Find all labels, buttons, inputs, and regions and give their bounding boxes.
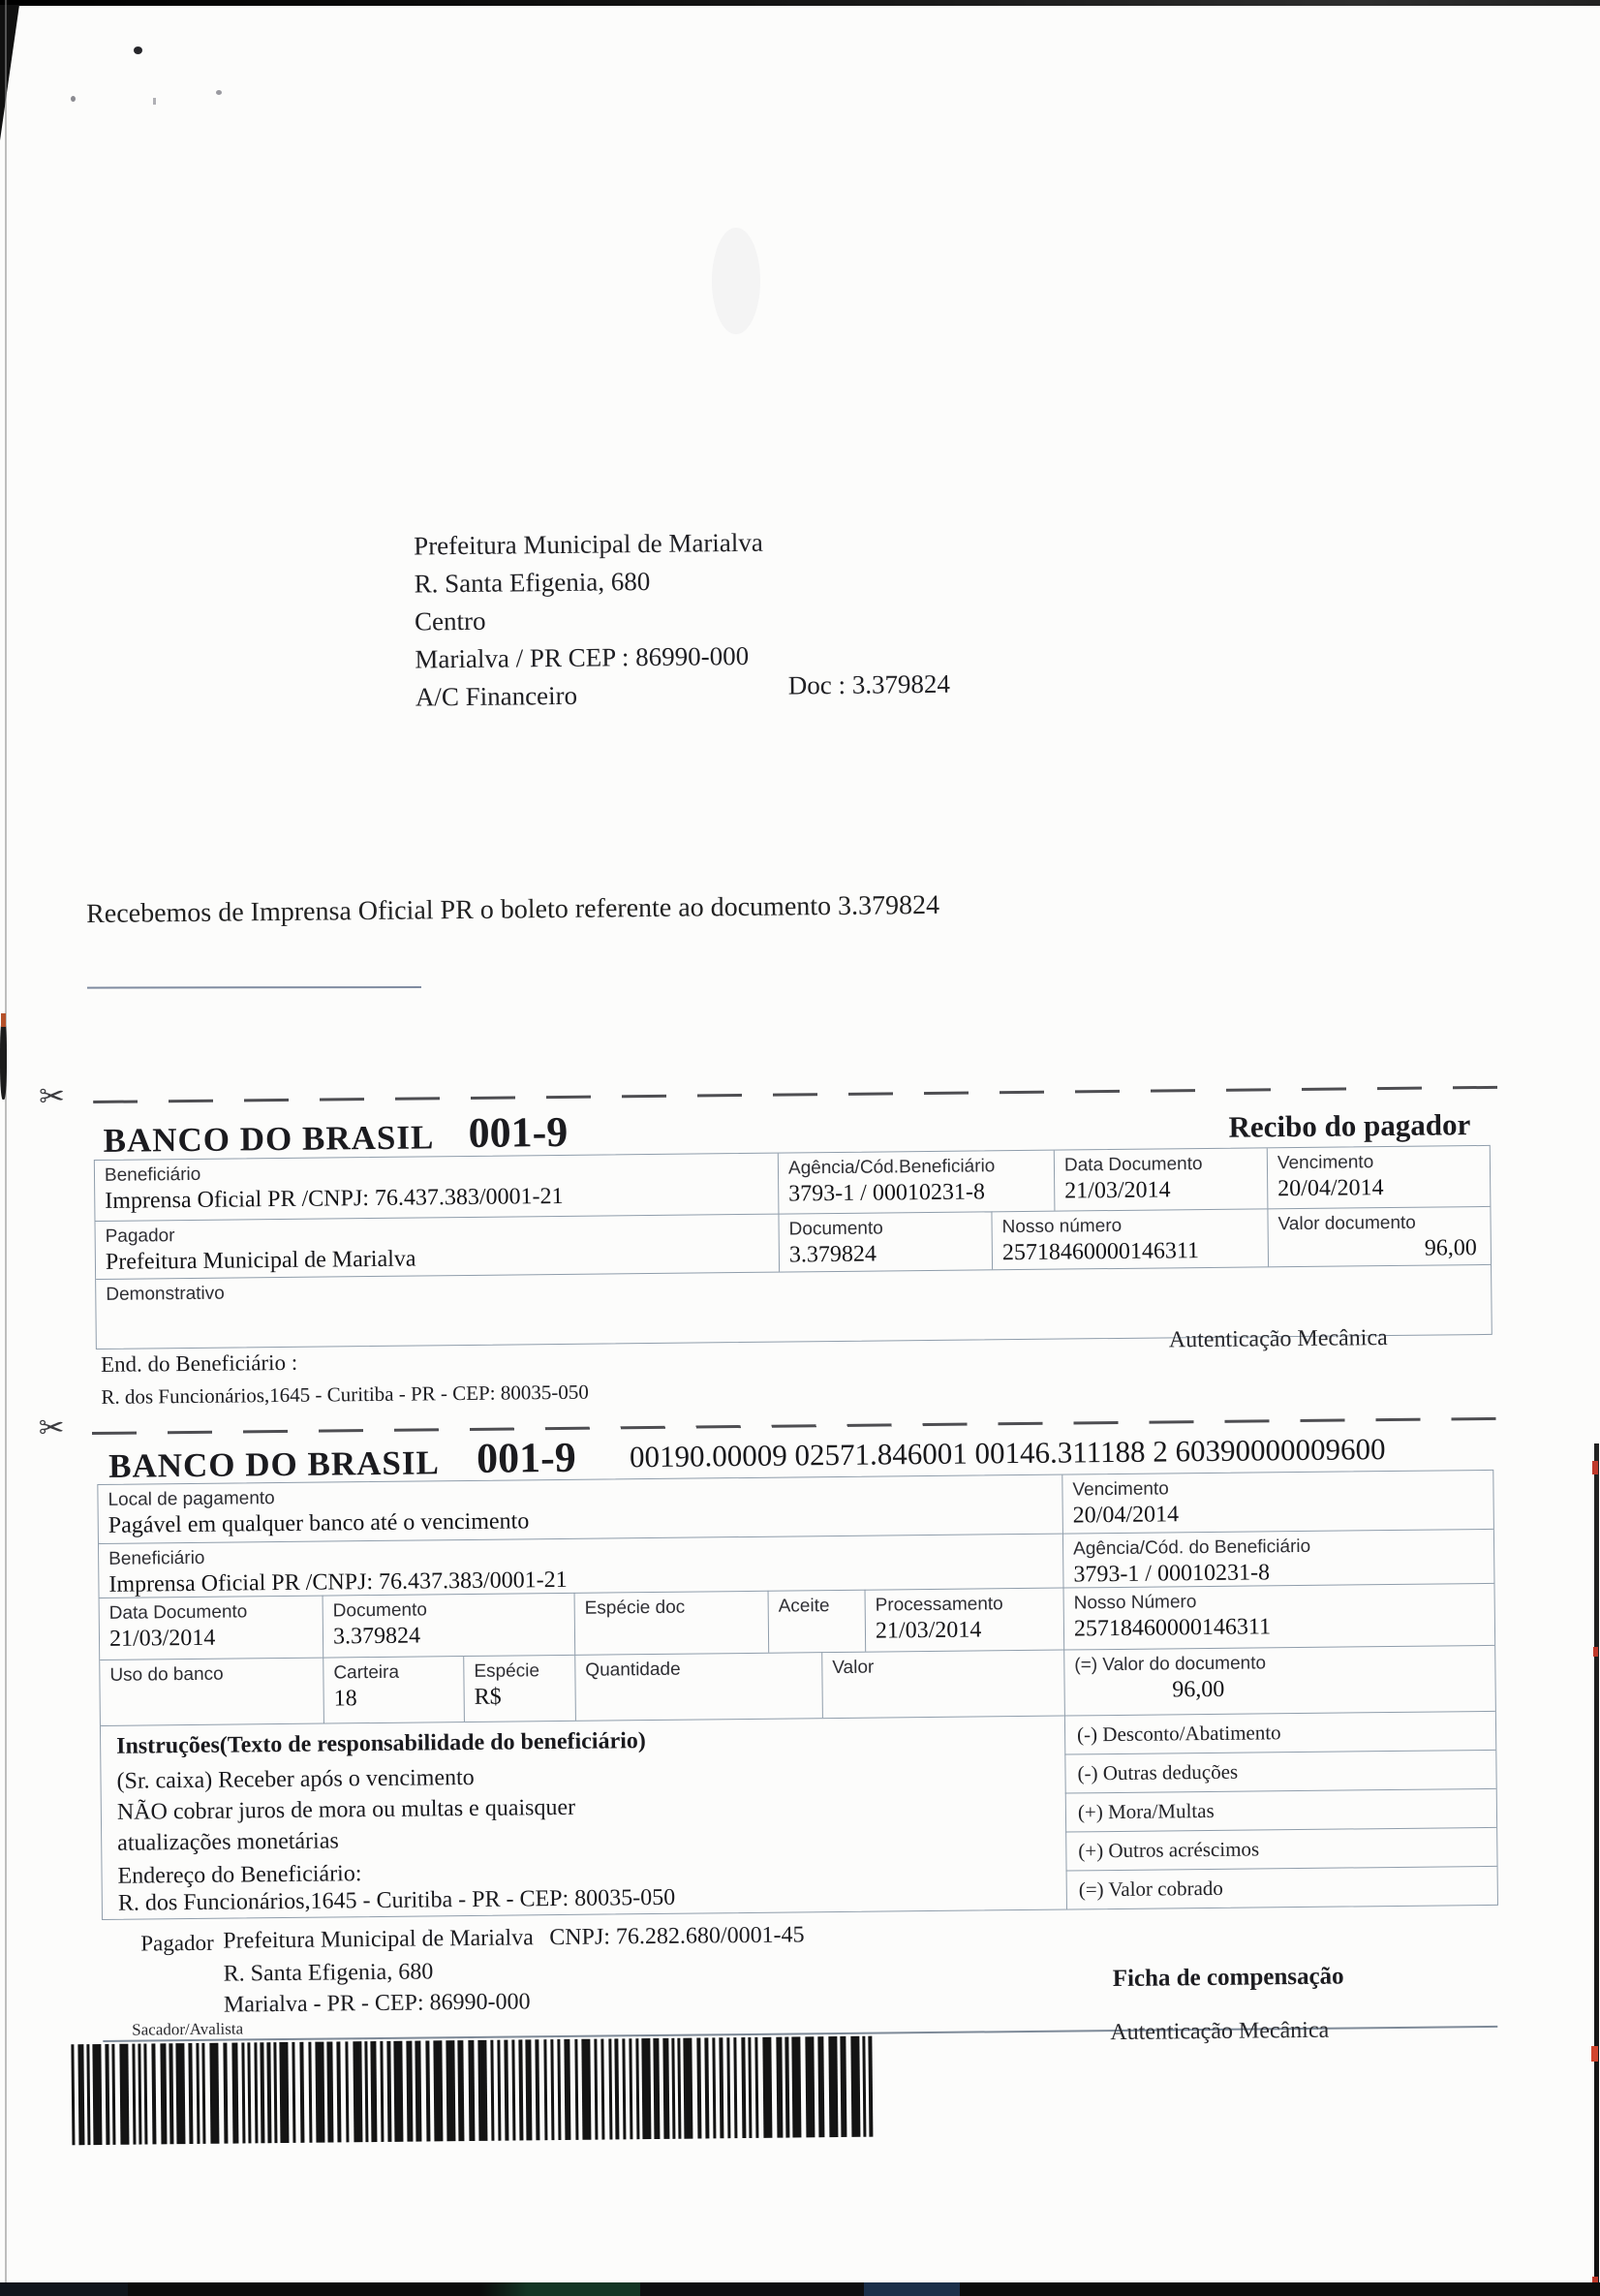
field-value: Prefeitura Municipal de Marialva — [96, 1241, 779, 1276]
scan-smudge — [712, 228, 760, 334]
recibo-agencia-cell: Agência/Cód.Beneficiário 3793-1 / 000102… — [778, 1151, 1055, 1214]
field-value: 18 — [324, 1683, 464, 1713]
ficha-compensacao-label: Ficha de compensação — [1113, 1964, 1344, 1994]
outras-deducoes-row: (-) Outras deduções — [1064, 1750, 1495, 1793]
instrucoes-line: NÃO cobrar juros de mora ou multas e qua… — [117, 1795, 575, 1826]
field-value: 96,00 — [1064, 1674, 1332, 1705]
recibo-nosso-numero-cell: Nosso número 25718460000146311 — [991, 1208, 1268, 1269]
recibo-valor-documento-cell: Valor documento 96,00 — [1267, 1206, 1491, 1266]
instrucoes-line: (Sr. caixa) Receber após o vencimento — [116, 1765, 474, 1795]
quantidade-cell: Quantidade — [574, 1652, 822, 1721]
field-label: Valor — [822, 1651, 1063, 1680]
field-value: R$ — [465, 1682, 575, 1711]
beneficiary-address-label: Endereço do Beneficiário: — [117, 1861, 361, 1890]
bank-name: BANCO DO BRASIL — [103, 1118, 434, 1161]
recibo-data-documento-cell: Data Documento 21/03/2014 — [1054, 1148, 1268, 1210]
signature-line — [87, 986, 421, 989]
especie-doc-cell: Espécie doc — [574, 1591, 769, 1655]
ficha-table: Local de pagamento Pagável em qualquer b… — [97, 1470, 1498, 1920]
field-label: Agência/Cód.Beneficiário — [779, 1151, 1054, 1180]
instrucoes-cell: Instruções(Texto de responsabilidade do … — [101, 1716, 1066, 1919]
field-label: Documento — [779, 1212, 991, 1240]
beneficiary-address-value: R. dos Funcionários,1645 - Curitiba - PR… — [118, 1885, 676, 1917]
bank-name: BANCO DO BRASIL — [108, 1443, 440, 1486]
recipient-street: R. Santa Efigenia, 680 — [414, 562, 763, 604]
pagador-city-cep: Marialva - PR - CEP: 86990-000 — [224, 1989, 531, 2018]
carteira-cell: Carteira 18 — [323, 1656, 464, 1723]
recipient-attention: A/C Financeiro — [415, 675, 765, 717]
autenticacao-mecanica-1: Autenticação Mecânica — [1169, 1325, 1388, 1353]
scan-speck — [134, 47, 142, 54]
scan-speck — [216, 90, 222, 95]
especie-cell: Espécie R$ — [463, 1655, 575, 1722]
deduction-label: (-) Desconto/Abatimento — [1065, 1712, 1495, 1748]
deduction-label: (=) Valor cobrado — [1067, 1867, 1497, 1903]
recibo-vencimento-cell: Vencimento 20/04/2014 — [1267, 1146, 1491, 1208]
valor-documento-cell: (=) Valor do documento 96,00 — [1063, 1645, 1495, 1716]
field-label: Espécie doc — [575, 1592, 768, 1620]
field-label: (=) Valor do documento — [1064, 1646, 1494, 1677]
outros-acrescimos-row: (+) Outros acréscimos — [1065, 1827, 1496, 1871]
instrucoes-line: atualizações monetárias — [117, 1828, 339, 1856]
field-value: 21/03/2014 — [1055, 1174, 1267, 1204]
bank-code: 001-9 — [468, 1107, 568, 1158]
field-label: Uso do banco — [100, 1659, 323, 1687]
scan-corner-wedge — [0, 5, 19, 140]
deduction-label: (-) Outras deduções — [1065, 1751, 1495, 1786]
scan-speck — [71, 96, 76, 102]
cut-line — [93, 1086, 1507, 1103]
field-value: 21/03/2014 — [866, 1615, 1063, 1645]
field-label: Espécie — [464, 1656, 574, 1683]
processamento-cell: Processamento 21/03/2014 — [865, 1588, 1064, 1652]
field-label: Processamento — [866, 1589, 1063, 1617]
field-label: Valor documento — [1268, 1207, 1490, 1235]
field-label: Data Documento — [100, 1597, 323, 1625]
recipient-name: Prefeitura Municipal de Marialva — [414, 524, 763, 566]
field-label: Carteira — [323, 1657, 463, 1685]
mailing-address-block: Prefeitura Municipal de Marialva R. Sant… — [414, 524, 765, 717]
recibo-beneficiario-cell: Beneficiário Imprensa Oficial PR /CNPJ: … — [95, 1154, 779, 1221]
deduction-label: (+) Outros acréscimos — [1066, 1828, 1496, 1864]
recibo-documento-cell: Documento 3.379824 — [778, 1211, 992, 1271]
scan-edge-right — [1594, 1443, 1599, 2296]
data-documento-cell: Data Documento 21/03/2014 — [100, 1596, 323, 1660]
beneficiary-address-value: R. dos Funcionários,1645 - Curitiba - PR… — [101, 1381, 589, 1410]
recibo-title: Recibo do pagador — [1228, 1107, 1470, 1145]
field-value: 25718460000146311 — [993, 1235, 1268, 1266]
bank-code: 001-9 — [477, 1433, 576, 1483]
scan-blob-orange — [1, 1013, 6, 1027]
field-label: Nosso número — [992, 1209, 1267, 1238]
field-value: 21/03/2014 — [100, 1623, 323, 1653]
barcode — [71, 2036, 881, 2146]
document-content: Prefeitura Municipal de Marialva R. Sant… — [0, 0, 1600, 2296]
mora-multas-row: (+) Mora/Multas — [1065, 1788, 1496, 1832]
recipient-district: Centro — [415, 600, 764, 641]
local-pagamento-cell: Local de pagamento Pagável em qualquer b… — [98, 1475, 1062, 1543]
field-value: 25718460000146311 — [1064, 1610, 1494, 1643]
pagador-label: Pagador — [140, 1931, 214, 1957]
pagador-name: Prefeitura Municipal de Marialva — [223, 1925, 534, 1954]
field-value: 3.379824 — [780, 1238, 992, 1268]
scan-speck — [153, 98, 156, 105]
nosso-numero-cell: Nosso Número 25718460000146311 — [1063, 1583, 1495, 1650]
beneficiario-cell: Beneficiário Imprensa Oficial PR /CNPJ: … — [99, 1534, 1063, 1598]
valor-cobrado-row: (=) Valor cobrado — [1066, 1866, 1497, 1909]
autenticacao-mecanica-2: Autenticação Mecânica — [1110, 2018, 1329, 2046]
scan-edge-bottom — [0, 2282, 1600, 2296]
scan-mark-red — [1593, 1647, 1598, 1657]
recipient-city-cep: Marialva / PR CEP : 86990-000 — [415, 637, 764, 679]
field-value: 20/04/2014 — [1268, 1172, 1490, 1202]
recibo-table: Beneficiário Imprensa Oficial PR /CNPJ: … — [94, 1145, 1492, 1350]
field-value: 3793-1 / 00010231-8 — [779, 1177, 1054, 1208]
receipt-statement: Recebemos de Imprensa Oficial PR o bolet… — [86, 890, 939, 930]
recibo-pagador-cell: Pagador Prefeitura Municipal de Marialva — [95, 1214, 779, 1279]
linha-digitavel: 00190.00009 02571.846001 00146.311188 2 … — [630, 1432, 1386, 1474]
sacador-avalista-label: Sacador/Avalista — [132, 2019, 243, 2039]
field-label: Data Documento — [1055, 1148, 1267, 1176]
valor-cell: Valor — [821, 1650, 1064, 1719]
field-label: Vencimento — [1268, 1146, 1490, 1174]
instrucoes-title: Instruções(Texto de responsabilidade do … — [116, 1728, 646, 1760]
scissors-icon: ✂ — [39, 1409, 65, 1445]
uso-banco-cell: Uso do banco — [100, 1658, 323, 1725]
field-label: Aceite — [769, 1591, 865, 1618]
documento-cell: Documento 3.379824 — [323, 1593, 575, 1658]
field-value: 20/04/2014 — [1063, 1497, 1493, 1530]
scan-blob-left — [0, 1017, 7, 1100]
desconto-row: (-) Desconto/Abatimento — [1064, 1711, 1495, 1754]
scanned-boleto-page: Prefeitura Municipal de Marialva R. Sant… — [0, 0, 1600, 2296]
scan-mark-red — [1591, 2046, 1598, 2062]
agencia-cell: Agência/Cód. do Beneficiário 3793-1 / 00… — [1062, 1529, 1494, 1588]
pagador-street: R. Santa Efigenia, 680 — [224, 1959, 434, 1987]
field-label: Quantidade — [575, 1653, 821, 1682]
scan-mark-red — [1592, 1461, 1598, 1474]
vencimento-cell: Vencimento 20/04/2014 — [1062, 1471, 1493, 1534]
deduction-label: (+) Mora/Multas — [1066, 1789, 1496, 1825]
scan-edge-left — [5, 0, 7, 2296]
scissors-icon: ✂ — [39, 1077, 65, 1114]
scan-edge-top — [0, 0, 1600, 6]
field-value: 3.379824 — [323, 1620, 574, 1651]
aceite-cell: Aceite — [768, 1590, 866, 1653]
field-label: Documento — [323, 1594, 574, 1623]
pagador-cnpj: CNPJ: 76.282.680/0001-45 — [549, 1922, 805, 1951]
field-value: 96,00 — [1269, 1233, 1491, 1263]
doc-reference: Doc : 3.379824 — [788, 669, 951, 701]
beneficiary-address-label: End. do Beneficiário : — [101, 1350, 297, 1378]
